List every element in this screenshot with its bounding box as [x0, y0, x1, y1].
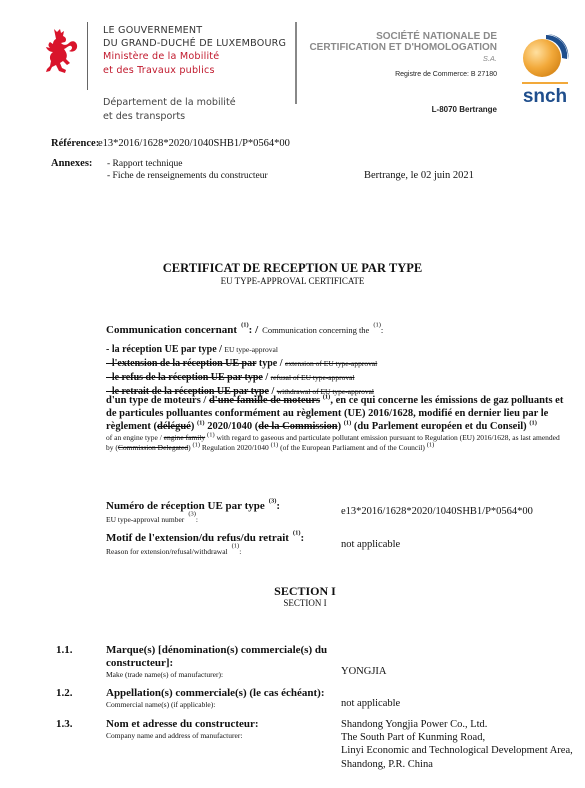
scope-french: d'un type de moteurs / d'une famille de …: [106, 394, 566, 433]
option-type-approval: - la réception UE par type / EU type-app…: [106, 342, 377, 356]
reason-value: not applicable: [341, 539, 400, 550]
snch-title: SOCIÉTÉ NATIONALE DE CERTIFICATION ET D'…: [309, 31, 497, 53]
snch-registre: Registre de Commerce: B 27180: [395, 71, 497, 78]
item-number: 1.3.: [56, 718, 73, 730]
communication-options: - la réception UE par type / EU type-app…: [106, 342, 377, 398]
annex-item: - Fiche de renseignements du constructeu…: [107, 170, 268, 182]
item-label: Nom et adresse du constructeur: Company …: [106, 718, 336, 741]
section-subtitle: SECTION I: [0, 598, 585, 608]
reason-label: Motif de l'extension/du refus/du retrait…: [106, 528, 304, 556]
reference-value: e13*2016/1628*2020/1040SHB1/P*0564*00: [98, 138, 290, 149]
certificate-title: CERTIFICAT DE RECEPTION UE PAR TYPE: [0, 261, 585, 276]
svg-text:snch: snch: [523, 86, 567, 107]
government-line-1: LE GOUVERNEMENT: [103, 24, 286, 37]
approval-number-value: e13*2016/1628*2020/1040SHB1/P*0564*00: [341, 506, 533, 517]
item-value-manufacturer-address: Shandong Yongjia Power Co., Ltd. The Sou…: [341, 718, 573, 771]
item-label: Appellation(s) commerciale(s) (le cas éc…: [106, 687, 346, 710]
snch-sa: S.A.: [483, 54, 497, 63]
scope-english: of an engine type / engine family (1) wi…: [106, 433, 566, 453]
snch-logo-icon: snch: [522, 32, 570, 107]
section-title: SECTION I: [0, 584, 585, 599]
option-extension: - l'extension de la réception UE par typ…: [106, 356, 377, 370]
snch-title-line-1: SOCIÉTÉ NATIONALE DE: [309, 31, 497, 42]
department-line-2: et des transports: [103, 110, 236, 124]
ministry-line-1: Ministère de la Mobilité: [103, 50, 286, 63]
item-number: 1.2.: [56, 687, 73, 699]
annex-item: - Rapport technique: [107, 158, 268, 170]
item-value-commercial-name: not applicable: [341, 697, 400, 710]
government-line-2: DU GRAND-DUCHÉ DE LUXEMBOURG: [103, 37, 286, 50]
reference-row: Référence: e13*2016/1628*2020/1040SHB1/P…: [51, 138, 99, 149]
item-label: Marque(s) [dénomination(s) commerciale(s…: [106, 644, 336, 680]
red-lion-icon: [40, 27, 80, 77]
item-number: 1.1.: [56, 644, 73, 656]
certificate-subtitle: EU TYPE-APPROVAL CERTIFICATE: [0, 276, 585, 286]
annexes-list: - Rapport technique - Fiche de renseigne…: [107, 158, 268, 182]
department-block: Département de la mobilité et des transp…: [103, 96, 236, 123]
header-vertical-separator: [295, 22, 297, 104]
issue-date: Bertrange, le 02 juin 2021: [364, 170, 474, 181]
option-refusal: - le refus de la réception UE par type /…: [106, 370, 377, 384]
ministry-line-2: et des Travaux publics: [103, 64, 286, 77]
header-divider: [87, 22, 88, 90]
communication-heading: Communication concernant (1): / Communic…: [106, 320, 383, 338]
snch-city: L-8070 Bertrange: [432, 105, 497, 114]
department-line-1: Département de la mobilité: [103, 96, 236, 110]
annexes-label: Annexes:: [51, 158, 92, 169]
item-value-make: YONGJIA: [341, 665, 387, 678]
government-block: LE GOUVERNEMENT DU GRAND-DUCHÉ DE LUXEMB…: [103, 24, 286, 77]
snch-title-line-2: CERTIFICATION ET D'HOMOLOGATION: [309, 42, 497, 53]
reference-label: Référence:: [51, 138, 99, 149]
approval-number-label: Numéro de réception UE par type (3): EU …: [106, 496, 280, 524]
